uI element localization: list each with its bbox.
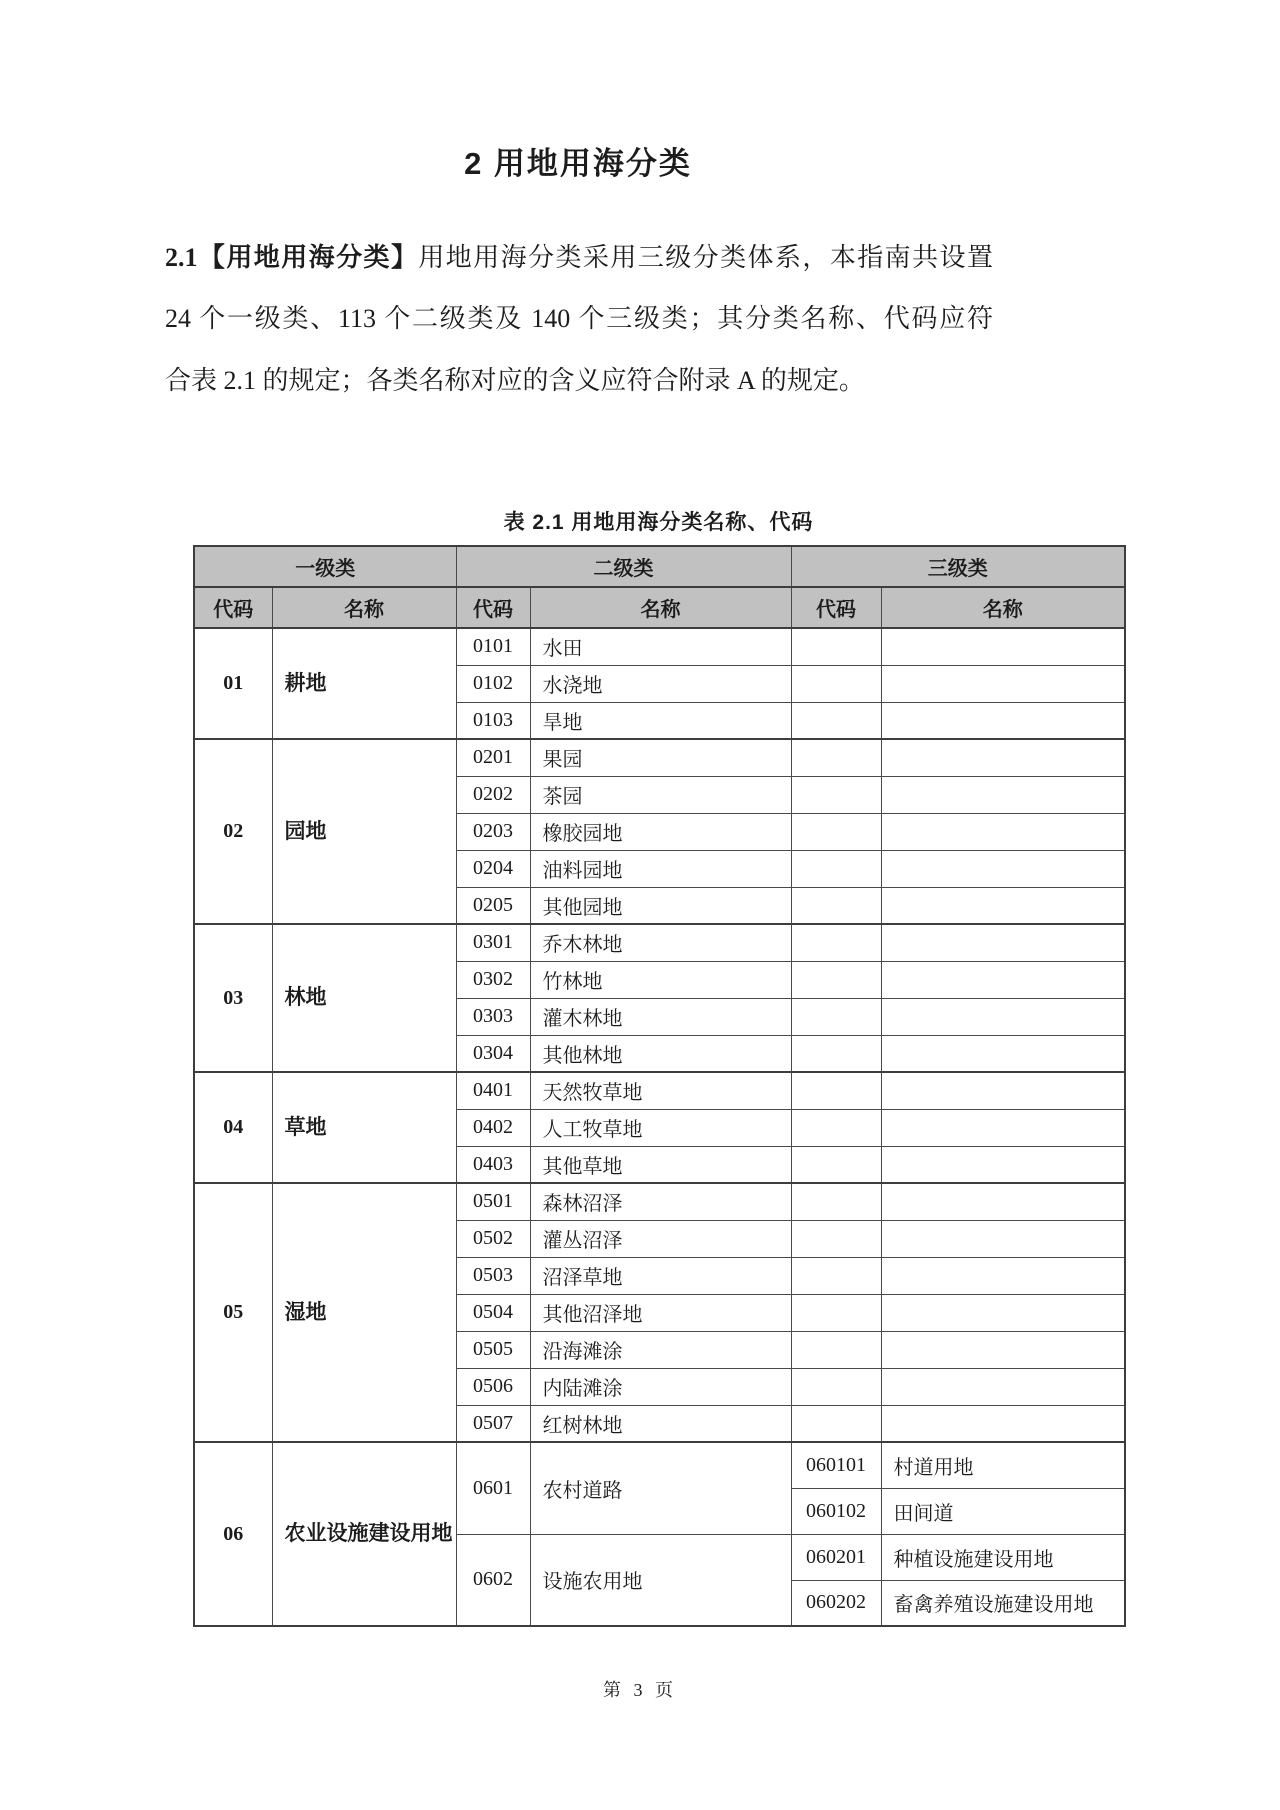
- l2-name-cell: 竹林地: [530, 961, 791, 998]
- l3-code-cell-empty: [791, 1405, 881, 1442]
- header-level3: 三级类: [791, 546, 1125, 587]
- l1-code-cell: 06: [194, 1442, 272, 1626]
- page-title: 2 用地用海分类: [165, 138, 991, 183]
- l3-code-cell: 060102: [791, 1488, 881, 1534]
- l3-name-cell-empty: [881, 665, 1125, 702]
- l2-code-cell: 0304: [456, 1035, 530, 1072]
- l2-code-cell: 0202: [456, 776, 530, 813]
- l2-code-cell: 0401: [456, 1072, 530, 1109]
- l3-code-cell-empty: [791, 776, 881, 813]
- l3-code-cell-empty: [791, 1035, 881, 1072]
- l3-name-cell-empty: [881, 739, 1125, 776]
- clause-paragraph: 2.1【用地用海分类】用地用海分类采用三级分类体系，本指南共设置 24 个一级类…: [165, 226, 993, 412]
- l2-code-cell: 0301: [456, 924, 530, 961]
- l2-name-cell: 红树林地: [530, 1405, 791, 1442]
- l2-name-cell: 其他沼泽地: [530, 1294, 791, 1331]
- header-level1: 一级类: [194, 546, 456, 587]
- l2-code-cell: 0103: [456, 702, 530, 739]
- l2-code-cell: 0205: [456, 887, 530, 924]
- l3-code-cell: 060101: [791, 1442, 881, 1488]
- l3-code-cell-empty: [791, 887, 881, 924]
- l2-name-cell: 其他林地: [530, 1035, 791, 1072]
- classification-table-body: 01耕地0101水田0102水浇地0103旱地02园地0201果园0202茶园0…: [194, 628, 1125, 1626]
- classification-table: 一级类 二级类 三级类 代码 名称 代码 名称 代码 名称 01耕地0101水田…: [193, 545, 1126, 1627]
- l1-name-cell: 耕地: [272, 628, 456, 739]
- l3-name-cell-empty: [881, 924, 1125, 961]
- l2-name-cell: 人工牧草地: [530, 1109, 791, 1146]
- l3-name-cell-empty: [881, 1405, 1125, 1442]
- clause-text: 用地用海分类采用三级分类体系，本指南共设置: [418, 243, 993, 272]
- clause-number: 2.1: [165, 243, 198, 272]
- l2-name-cell: 水田: [530, 628, 791, 665]
- l2-name-cell: 水浇地: [530, 665, 791, 702]
- l3-code-cell-empty: [791, 1294, 881, 1331]
- header-name-l1: 名称: [272, 587, 456, 628]
- l3-name-cell-empty: [881, 776, 1125, 813]
- table-row: 04草地0401天然牧草地: [194, 1072, 1125, 1109]
- l3-code-cell-empty: [791, 1109, 881, 1146]
- l3-name-cell: 田间道: [881, 1488, 1125, 1534]
- l1-code-cell: 03: [194, 924, 272, 1072]
- l2-name-cell: 灌丛沼泽: [530, 1220, 791, 1257]
- l3-name-cell-empty: [881, 813, 1125, 850]
- l2-name-cell: 灌木林地: [530, 998, 791, 1035]
- l2-name-cell: 茶园: [530, 776, 791, 813]
- header-code-l1: 代码: [194, 587, 272, 628]
- l2-code-cell: 0101: [456, 628, 530, 665]
- l1-name-cell: 草地: [272, 1072, 456, 1183]
- l3-name-cell: 种植设施建设用地: [881, 1534, 1125, 1580]
- header-name-l3: 名称: [881, 587, 1125, 628]
- l3-name-cell-empty: [881, 961, 1125, 998]
- l2-name-cell: 果园: [530, 739, 791, 776]
- l1-code-cell: 01: [194, 628, 272, 739]
- l2-code-cell: 0506: [456, 1368, 530, 1405]
- l3-name-cell-empty: [881, 1035, 1125, 1072]
- l3-code-cell-empty: [791, 1072, 881, 1109]
- l2-name-cell: 沿海滩涂: [530, 1331, 791, 1368]
- l2-code-cell: 0501: [456, 1183, 530, 1220]
- l2-code-cell: 0504: [456, 1294, 530, 1331]
- l3-code-cell-empty: [791, 1220, 881, 1257]
- l3-code-cell-empty: [791, 628, 881, 665]
- l1-name-cell: 农业设施建设用地: [272, 1442, 456, 1626]
- l2-name-cell: 森林沼泽: [530, 1183, 791, 1220]
- l3-code-cell-empty: [791, 665, 881, 702]
- l3-name-cell-empty: [881, 702, 1125, 739]
- paragraph-line: 24 个一级类、113 个二级类及 140 个三级类；其分类名称、代码应符: [165, 288, 993, 350]
- page-number: 第 3 页: [0, 1676, 1280, 1702]
- l2-name-cell: 沼泽草地: [530, 1257, 791, 1294]
- header-code-l2: 代码: [456, 587, 530, 628]
- l3-code-cell-empty: [791, 961, 881, 998]
- l3-code-cell: 060202: [791, 1580, 881, 1626]
- l2-code-cell: 0303: [456, 998, 530, 1035]
- l2-name-cell: 设施农用地: [530, 1534, 791, 1626]
- l2-name-cell: 橡胶园地: [530, 813, 791, 850]
- l1-name-cell: 林地: [272, 924, 456, 1072]
- l3-code-cell-empty: [791, 998, 881, 1035]
- table-row: 06农业设施建设用地0601农村道路060101村道用地: [194, 1442, 1125, 1488]
- l3-name-cell-empty: [881, 1368, 1125, 1405]
- l3-name-cell-empty: [881, 1331, 1125, 1368]
- l1-code-cell: 04: [194, 1072, 272, 1183]
- l3-code-cell: 060201: [791, 1534, 881, 1580]
- l1-code-cell: 02: [194, 739, 272, 924]
- l1-name-cell: 园地: [272, 739, 456, 924]
- l3-name-cell-empty: [881, 850, 1125, 887]
- l3-name-cell-empty: [881, 887, 1125, 924]
- l3-name-cell-empty: [881, 1183, 1125, 1220]
- header-code-l3: 代码: [791, 587, 881, 628]
- l2-code-cell: 0302: [456, 961, 530, 998]
- l3-name-cell-empty: [881, 1257, 1125, 1294]
- l2-code-cell: 0102: [456, 665, 530, 702]
- table-row: 05湿地0501森林沼泽: [194, 1183, 1125, 1220]
- header-level-row: 一级类 二级类 三级类: [194, 546, 1125, 587]
- l3-code-cell-empty: [791, 924, 881, 961]
- l2-code-cell: 0503: [456, 1257, 530, 1294]
- l2-name-cell: 天然牧草地: [530, 1072, 791, 1109]
- clause-term-label: 【用地用海分类】: [198, 242, 419, 272]
- table-row: 03林地0301乔木林地: [194, 924, 1125, 961]
- l2-code-cell: 0602: [456, 1534, 530, 1626]
- l2-name-cell: 农村道路: [530, 1442, 791, 1534]
- l3-name-cell: 村道用地: [881, 1442, 1125, 1488]
- l2-code-cell: 0403: [456, 1146, 530, 1183]
- l3-name-cell-empty: [881, 998, 1125, 1035]
- l2-code-cell: 0505: [456, 1331, 530, 1368]
- paragraph-line: 2.1【用地用海分类】用地用海分类采用三级分类体系，本指南共设置: [165, 226, 993, 288]
- header-field-row: 代码 名称 代码 名称 代码 名称: [194, 587, 1125, 628]
- l3-code-cell-empty: [791, 1183, 881, 1220]
- table-row: 01耕地0101水田: [194, 628, 1125, 665]
- l3-name-cell: 畜禽养殖设施建设用地: [881, 1580, 1125, 1626]
- l1-name-cell: 湿地: [272, 1183, 456, 1442]
- header-name-l2: 名称: [530, 587, 791, 628]
- document-page: 2 用地用海分类 2.1【用地用海分类】用地用海分类采用三级分类体系，本指南共设…: [0, 0, 1280, 1810]
- l2-code-cell: 0203: [456, 813, 530, 850]
- l3-code-cell-empty: [791, 739, 881, 776]
- l2-code-cell: 0502: [456, 1220, 530, 1257]
- l3-name-cell-empty: [881, 1109, 1125, 1146]
- l3-code-cell-empty: [791, 813, 881, 850]
- l3-name-cell-empty: [881, 1146, 1125, 1183]
- l3-code-cell-empty: [791, 1331, 881, 1368]
- l3-name-cell-empty: [881, 1294, 1125, 1331]
- l3-code-cell-empty: [791, 850, 881, 887]
- l1-code-cell: 05: [194, 1183, 272, 1442]
- table-header: 一级类 二级类 三级类 代码 名称 代码 名称 代码 名称: [194, 546, 1125, 628]
- paragraph-line: 合表 2.1 的规定；各类名称对应的含义应符合附录 A 的规定。: [165, 350, 993, 412]
- l3-name-cell-empty: [881, 1220, 1125, 1257]
- l2-name-cell: 旱地: [530, 702, 791, 739]
- l3-name-cell-empty: [881, 628, 1125, 665]
- l2-name-cell: 其他园地: [530, 887, 791, 924]
- l2-code-cell: 0507: [456, 1405, 530, 1442]
- l2-name-cell: 乔木林地: [530, 924, 791, 961]
- l3-name-cell-empty: [881, 1072, 1125, 1109]
- l3-code-cell-empty: [791, 1146, 881, 1183]
- l2-code-cell: 0201: [456, 739, 530, 776]
- l2-code-cell: 0601: [456, 1442, 530, 1534]
- l2-name-cell: 内陆滩涂: [530, 1368, 791, 1405]
- l3-code-cell-empty: [791, 1368, 881, 1405]
- l2-name-cell: 油料园地: [530, 850, 791, 887]
- l2-name-cell: 其他草地: [530, 1146, 791, 1183]
- header-level2: 二级类: [456, 546, 791, 587]
- l3-code-cell-empty: [791, 1257, 881, 1294]
- table-row: 02园地0201果园: [194, 739, 1125, 776]
- l2-code-cell: 0204: [456, 850, 530, 887]
- table-caption: 表 2.1 用地用海分类名称、代码: [193, 506, 1124, 536]
- l3-code-cell-empty: [791, 702, 881, 739]
- l2-code-cell: 0402: [456, 1109, 530, 1146]
